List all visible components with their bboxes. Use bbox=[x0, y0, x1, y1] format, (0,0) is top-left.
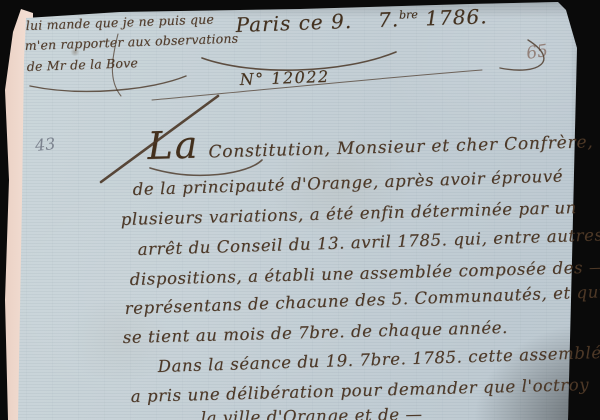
date-month-superscript: bre bbox=[399, 8, 418, 22]
date-month: 7. bbox=[378, 7, 400, 32]
place-date-month-year: 7.bre 1786. bbox=[378, 4, 488, 32]
drop-initial: La bbox=[147, 123, 200, 168]
folio-number-pencil: 65 bbox=[525, 41, 550, 64]
manuscript-photo: lui mande que je ne puis que m'en rappor… bbox=[0, 0, 600, 420]
date-year: 1786. bbox=[425, 4, 488, 30]
place-date-prefix: Paris ce 9. bbox=[235, 9, 352, 37]
letter-number: N° 12022 bbox=[239, 67, 330, 89]
margin-number-pencil: 43 bbox=[34, 134, 56, 155]
